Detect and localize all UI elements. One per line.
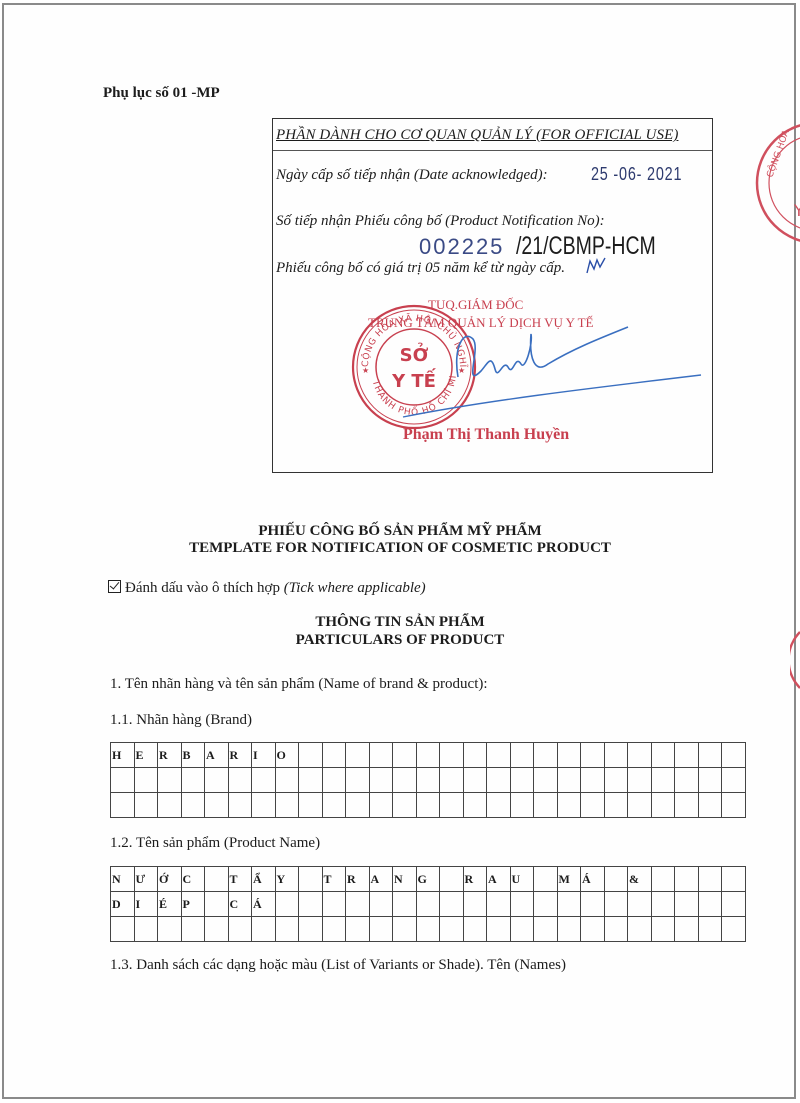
grid-cell[interactable] — [416, 793, 440, 818]
grid-cell[interactable]: C — [228, 892, 252, 917]
grid-cell[interactable] — [534, 768, 558, 793]
grid-cell[interactable] — [416, 892, 440, 917]
grid-cell[interactable] — [510, 917, 534, 942]
grid-cell[interactable]: M — [557, 867, 581, 892]
grid-cell[interactable] — [675, 867, 699, 892]
grid-cell[interactable]: T — [322, 867, 346, 892]
grid-cell[interactable] — [487, 743, 511, 768]
grid-cell[interactable] — [369, 892, 393, 917]
grid-cell[interactable] — [510, 793, 534, 818]
grid-cell[interactable] — [534, 917, 558, 942]
grid-cell[interactable] — [299, 793, 323, 818]
grid-cell[interactable] — [111, 793, 135, 818]
grid-row: HERBARIO — [111, 743, 746, 768]
brand-grid: HERBARIO — [110, 742, 746, 818]
tick-instruction-vi: Đánh dấu vào ô thích hợp — [125, 580, 280, 596]
grid-cell[interactable] — [393, 917, 417, 942]
tick-instruction-en: (Tick where applicable) — [284, 580, 426, 596]
grid-cell[interactable] — [722, 743, 746, 768]
grid-cell[interactable] — [205, 892, 229, 917]
grid-cell[interactable]: Ư — [134, 867, 158, 892]
grid-cell[interactable] — [604, 793, 628, 818]
grid-cell[interactable] — [651, 867, 675, 892]
grid-cell[interactable]: H — [111, 743, 135, 768]
grid-cell[interactable] — [628, 917, 652, 942]
appendix-label: Phụ lục số 01 -MP — [103, 85, 220, 102]
grid-row: DIÉPCÁ — [111, 892, 746, 917]
grid-cell[interactable] — [487, 793, 511, 818]
grid-cell[interactable] — [181, 917, 205, 942]
document-title-vi: PHIẾU CÔNG BỐ SẢN PHẨM MỸ PHẨM — [0, 523, 800, 540]
grid-cell[interactable]: I — [134, 892, 158, 917]
grid-cell[interactable]: R — [228, 743, 252, 768]
grid-cell[interactable]: N — [393, 867, 417, 892]
grid-cell[interactable] — [557, 743, 581, 768]
grid-cell[interactable] — [722, 867, 746, 892]
grid-cell[interactable] — [322, 768, 346, 793]
official-use-box: PHẦN DÀNH CHO CƠ QUAN QUẢN LÝ (FOR OFFIC… — [272, 118, 713, 473]
grid-cell[interactable] — [628, 768, 652, 793]
grid-cell[interactable] — [369, 917, 393, 942]
grid-cell[interactable] — [158, 917, 182, 942]
grid-cell[interactable] — [463, 793, 487, 818]
grid-cell[interactable] — [722, 793, 746, 818]
grid-cell[interactable]: Ẩ — [252, 867, 276, 892]
grid-cell[interactable] — [275, 768, 299, 793]
grid-cell[interactable] — [651, 793, 675, 818]
grid-cell[interactable] — [604, 743, 628, 768]
section-title-vi: THÔNG TIN SẢN PHẨM — [0, 614, 800, 631]
grid-cell[interactable] — [722, 892, 746, 917]
grid-cell[interactable] — [604, 768, 628, 793]
grid-row — [111, 768, 746, 793]
grid-cell[interactable] — [510, 743, 534, 768]
grid-cell[interactable] — [440, 793, 464, 818]
grid-cell[interactable] — [299, 743, 323, 768]
grid-cell[interactable] — [581, 768, 605, 793]
grid-cell[interactable] — [111, 768, 135, 793]
grid-cell[interactable] — [581, 743, 605, 768]
grid-cell[interactable]: Á — [252, 892, 276, 917]
grid-cell[interactable] — [487, 768, 511, 793]
grid-cell[interactable] — [628, 892, 652, 917]
grid-cell[interactable]: É — [158, 892, 182, 917]
grid-cell[interactable] — [134, 917, 158, 942]
grid-cell[interactable] — [299, 768, 323, 793]
grid-cell[interactable]: R — [463, 867, 487, 892]
grid-cell[interactable] — [322, 793, 346, 818]
grid-cell[interactable]: & — [628, 867, 652, 892]
grid-cell[interactable] — [158, 768, 182, 793]
grid-row: NƯỚCTẨYTRANGRAUMÁ& — [111, 867, 746, 892]
checkbox-checked-icon — [108, 580, 121, 593]
grid-cell[interactable]: N — [111, 867, 135, 892]
grid-cell[interactable]: P — [181, 892, 205, 917]
grid-cell[interactable] — [322, 917, 346, 942]
grid-cell[interactable]: R — [346, 867, 370, 892]
partial-stamp-icon: CỘNG HÒA Y — [752, 118, 800, 248]
grid-cell[interactable] — [675, 768, 699, 793]
date-acknowledged-label: Ngày cấp số tiếp nhận (Date acknowledged… — [276, 167, 548, 184]
grid-cell[interactable] — [393, 793, 417, 818]
grid-cell[interactable] — [604, 867, 628, 892]
grid-cell[interactable] — [346, 892, 370, 917]
grid-cell[interactable] — [510, 892, 534, 917]
notification-number: 002225/21/CBMP-HCM — [419, 232, 696, 261]
grid-cell[interactable]: D — [111, 892, 135, 917]
grid-cell[interactable] — [416, 768, 440, 793]
grid-cell[interactable] — [369, 743, 393, 768]
grid-cell[interactable]: A — [369, 867, 393, 892]
grid-cell[interactable] — [534, 867, 558, 892]
grid-cell[interactable] — [440, 917, 464, 942]
grid-cell[interactable] — [205, 917, 229, 942]
notification-number-digits: 002225 — [419, 234, 504, 259]
grid-cell[interactable] — [604, 917, 628, 942]
grid-cell[interactable] — [205, 867, 229, 892]
grid-cell[interactable] — [228, 768, 252, 793]
name-of-brand-product-heading: 1. Tên nhãn hàng và tên sản phẩm (Name o… — [110, 676, 488, 693]
grid-cell[interactable]: E — [134, 743, 158, 768]
grid-cell[interactable] — [487, 917, 511, 942]
official-use-header: PHẦN DÀNH CHO CƠ QUAN QUẢN LÝ (FOR OFFIC… — [276, 127, 678, 144]
grid-cell[interactable] — [275, 917, 299, 942]
grid-cell[interactable] — [698, 917, 722, 942]
grid-cell[interactable] — [322, 892, 346, 917]
product-name-grid: NƯỚCTẨYTRANGRAUMÁ&DIÉPCÁ — [110, 866, 746, 942]
grid-cell[interactable] — [440, 867, 464, 892]
grid-cell[interactable] — [440, 892, 464, 917]
svg-text:CỘNG HÒA: CỘNG HÒA — [764, 127, 793, 179]
grid-cell[interactable]: Á — [581, 867, 605, 892]
grid-cell[interactable] — [463, 917, 487, 942]
svg-text:Y: Y — [793, 201, 800, 220]
grid-cell[interactable] — [698, 793, 722, 818]
grid-cell[interactable] — [651, 917, 675, 942]
grid-cell[interactable] — [322, 743, 346, 768]
date-acknowledged-value: 25 -06- 2021 — [591, 164, 682, 185]
grid-cell[interactable]: I — [252, 743, 276, 768]
grid-cell[interactable] — [628, 793, 652, 818]
grid-cell[interactable] — [722, 768, 746, 793]
grid-row — [111, 917, 746, 942]
grid-cell[interactable] — [252, 917, 276, 942]
grid-cell[interactable] — [675, 892, 699, 917]
grid-cell[interactable]: O — [275, 743, 299, 768]
grid-cell[interactable] — [675, 793, 699, 818]
grid-cell[interactable] — [299, 917, 323, 942]
grid-cell[interactable] — [698, 743, 722, 768]
grid-cell[interactable] — [275, 793, 299, 818]
grid-cell[interactable] — [416, 917, 440, 942]
validity-text: Phiếu công bố có giá trị 05 năm kể từ ng… — [276, 260, 565, 277]
grid-cell[interactable] — [346, 743, 370, 768]
grid-cell[interactable] — [346, 793, 370, 818]
grid-cell[interactable] — [346, 917, 370, 942]
tick-instruction: Đánh dấu vào ô thích hợp (Tick where app… — [108, 580, 426, 597]
grid-cell[interactable]: Y — [275, 867, 299, 892]
grid-cell[interactable] — [581, 892, 605, 917]
grid-cell[interactable]: A — [205, 743, 229, 768]
grid-cell[interactable] — [181, 793, 205, 818]
grid-row — [111, 793, 746, 818]
grid-cell[interactable] — [393, 743, 417, 768]
signatory-name: Phạm Thị Thanh Huyền — [403, 426, 569, 444]
grid-cell[interactable] — [205, 793, 229, 818]
grid-cell[interactable] — [416, 743, 440, 768]
grid-cell[interactable] — [557, 768, 581, 793]
grid-cell[interactable] — [604, 892, 628, 917]
grid-cell[interactable] — [440, 768, 464, 793]
variants-label: 1.3. Danh sách các dạng hoặc màu (List o… — [110, 957, 566, 974]
initials-mark-icon — [585, 255, 607, 277]
grid-cell[interactable] — [134, 768, 158, 793]
grid-cell[interactable] — [651, 743, 675, 768]
document-title-en: TEMPLATE FOR NOTIFICATION OF COSMETIC PR… — [0, 540, 800, 557]
notification-number-label: Số tiếp nhận Phiếu công bố (Product Noti… — [276, 213, 605, 230]
grid-cell[interactable] — [534, 892, 558, 917]
grid-cell[interactable] — [534, 793, 558, 818]
product-name-label: 1.2. Tên sản phẩm (Product Name) — [110, 835, 320, 852]
grid-cell[interactable] — [393, 892, 417, 917]
grid-cell[interactable] — [228, 917, 252, 942]
grid-cell[interactable] — [698, 768, 722, 793]
grid-cell[interactable] — [698, 892, 722, 917]
grid-cell[interactable] — [369, 768, 393, 793]
grid-cell[interactable] — [252, 793, 276, 818]
grid-cell[interactable] — [675, 743, 699, 768]
grid-cell[interactable] — [440, 743, 464, 768]
grid-cell[interactable] — [393, 768, 417, 793]
grid-cell[interactable] — [557, 917, 581, 942]
grid-cell[interactable] — [134, 793, 158, 818]
grid-cell[interactable] — [463, 768, 487, 793]
grid-cell[interactable] — [158, 793, 182, 818]
grid-cell[interactable] — [722, 917, 746, 942]
grid-cell[interactable] — [181, 768, 205, 793]
grid-cell[interactable] — [510, 768, 534, 793]
grid-cell[interactable] — [581, 917, 605, 942]
grid-cell[interactable] — [205, 768, 229, 793]
section-title-en: PARTICULARS OF PRODUCT — [0, 632, 800, 649]
grid-cell[interactable] — [463, 743, 487, 768]
grid-cell[interactable] — [651, 768, 675, 793]
grid-cell[interactable]: U — [510, 867, 534, 892]
grid-cell[interactable] — [581, 793, 605, 818]
grid-cell[interactable] — [487, 892, 511, 917]
grid-cell[interactable] — [346, 768, 370, 793]
grid-cell[interactable] — [675, 917, 699, 942]
grid-cell[interactable]: A — [487, 867, 511, 892]
grid-cell[interactable]: T — [228, 867, 252, 892]
grid-cell[interactable] — [534, 743, 558, 768]
grid-cell[interactable]: G — [416, 867, 440, 892]
grid-cell[interactable]: Ớ — [158, 867, 182, 892]
grid-cell[interactable] — [111, 917, 135, 942]
grid-cell[interactable]: B — [181, 743, 205, 768]
brand-label: 1.1. Nhãn hàng (Brand) — [110, 712, 252, 729]
grid-cell[interactable] — [252, 768, 276, 793]
grid-cell[interactable] — [299, 892, 323, 917]
grid-cell[interactable] — [651, 892, 675, 917]
grid-cell[interactable] — [463, 892, 487, 917]
grid-cell[interactable] — [275, 892, 299, 917]
header-divider — [273, 150, 712, 151]
grid-cell[interactable]: R — [158, 743, 182, 768]
grid-cell[interactable]: C — [181, 867, 205, 892]
grid-cell[interactable] — [228, 793, 252, 818]
grid-cell[interactable] — [628, 743, 652, 768]
signature-icon — [363, 319, 713, 419]
grid-cell[interactable] — [557, 793, 581, 818]
grid-cell[interactable] — [299, 867, 323, 892]
grid-cell[interactable] — [557, 892, 581, 917]
grid-cell[interactable] — [369, 793, 393, 818]
grid-cell[interactable] — [698, 867, 722, 892]
